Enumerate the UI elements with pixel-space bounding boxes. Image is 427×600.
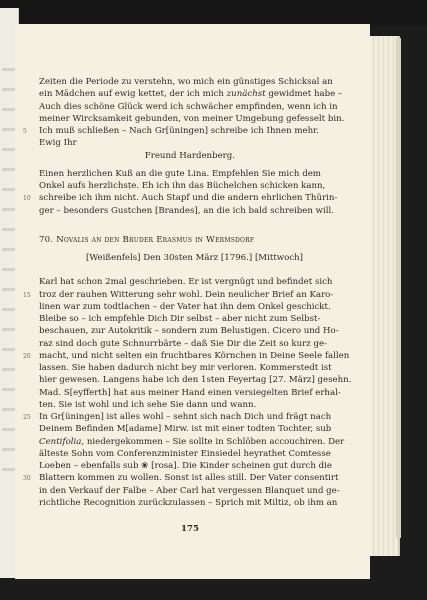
text-line: Mad. S[eyfferth] hat aus meiner Hand ein…	[39, 387, 303, 399]
ghost-text	[2, 168, 16, 171]
text-line: linen war zum todtlachen – der Vater hat…	[39, 301, 303, 313]
text-line: älteste Sohn vom Conferenzminister Einsi…	[39, 448, 303, 460]
ghost-text	[2, 108, 16, 111]
ghost-text	[2, 128, 16, 131]
page-number: 175	[170, 524, 210, 534]
line-number: 20	[23, 351, 31, 363]
ghost-text	[2, 188, 16, 191]
text-line: lassen. Sie haben dadurch nicht bey mir …	[39, 362, 303, 374]
line-number: 15	[23, 290, 31, 302]
text-line: Bleibe so – ich empfehle Dich Dir selbst…	[39, 313, 303, 325]
emphasis-text: zunächst	[227, 89, 266, 99]
text-line: Ewig Ihr	[39, 137, 303, 149]
ghost-text	[2, 248, 16, 251]
text-line: 20macht, und nicht selten ein fruchtbare…	[39, 350, 303, 362]
book-cover-edge	[396, 38, 401, 538]
ghost-text	[2, 328, 16, 331]
line-number: 30	[23, 473, 31, 485]
letter-heading: 70. Novalis an den Bruder Erasmus in Wer…	[39, 234, 303, 246]
ghost-text	[2, 308, 16, 311]
text-line: meiner Wircksamkeit gebunden, von meiner…	[39, 113, 303, 125]
line-number: 5	[23, 126, 27, 138]
background-top	[0, 0, 427, 26]
ghost-text	[2, 388, 16, 391]
text-line: ten. Sie ist wohl und ich sehe Sie dann …	[39, 399, 303, 411]
page-text: Zeiten die Periode zu verstehn, wo mich …	[39, 76, 303, 509]
ghost-text	[2, 468, 16, 471]
text-line: 25In Gr[üningen] ist alles wohl – sehnt …	[39, 411, 303, 423]
ghost-text	[2, 288, 16, 291]
text-line: Einen herzlichen Kuß an die gute Lina. E…	[39, 168, 303, 180]
ghost-text	[2, 348, 16, 351]
text-line: Zeiten die Periode zu verstehn, wo mich …	[39, 76, 303, 88]
text-line: Karl hat schon 2mal geschrieben. Er ist …	[39, 276, 303, 288]
ghost-text	[2, 88, 16, 91]
signature: Freund Hardenberg.	[39, 150, 303, 162]
text-line: beschauen, zur Autokritik – sondern zum …	[39, 325, 303, 337]
text-line: Loeben – ebenfalls sub ❀ [rosa]. Die Kin…	[39, 460, 303, 472]
text-line: Onkel aufs herzlichste. Eh ich ihn das B…	[39, 180, 303, 192]
text-line: hier gewesen. Langens habe ich den 1sten…	[39, 374, 303, 386]
dateline: [Weißenfels] Den 30sten März [1796.] [Mi…	[39, 252, 303, 264]
text-line: ein Mädchen auf ewig kettet, der ich mic…	[39, 88, 303, 100]
ghost-text	[2, 68, 16, 71]
text-line: richtliche Recognition zurückzulassen – …	[39, 497, 303, 509]
text-line: raz sind doch gute Schnurrbärte – daß Si…	[39, 338, 303, 350]
text-line: 15troz der rauhen Witterung sehr wohl. D…	[39, 289, 303, 301]
text-line: Deinem Befinden M[adame] Mirw. ist mit e…	[39, 423, 303, 435]
ghost-text	[2, 448, 16, 451]
ghost-text	[2, 268, 16, 271]
text-line: Auch dies schöne Glück werd ich schwäche…	[39, 101, 303, 113]
line-number: 10	[23, 193, 31, 205]
ghost-text	[2, 228, 16, 231]
text-line: in den Verkauf der Falbe – Aber Carl hat…	[39, 485, 303, 497]
emphasis-text: Centifolia	[39, 437, 81, 447]
text-line: 10schreibe ich ihm nicht. Auch Stapf und…	[39, 192, 303, 204]
text-line: Centifolia, niedergekommen – Sie sollte …	[39, 436, 303, 448]
ghost-text	[2, 428, 16, 431]
text-line: 30Blattern kommen zu wollen. Sonst ist a…	[39, 472, 303, 484]
ghost-text	[2, 368, 16, 371]
ghost-text	[2, 148, 16, 151]
line-number: 25	[23, 412, 31, 424]
text-line: 5Ich muß schließen – Nach Gr[üningen] sc…	[39, 125, 303, 137]
text-line: ger – besonders Gustchen [Brandes], an d…	[39, 205, 303, 217]
ghost-text	[2, 408, 16, 411]
ghost-text	[2, 208, 16, 211]
